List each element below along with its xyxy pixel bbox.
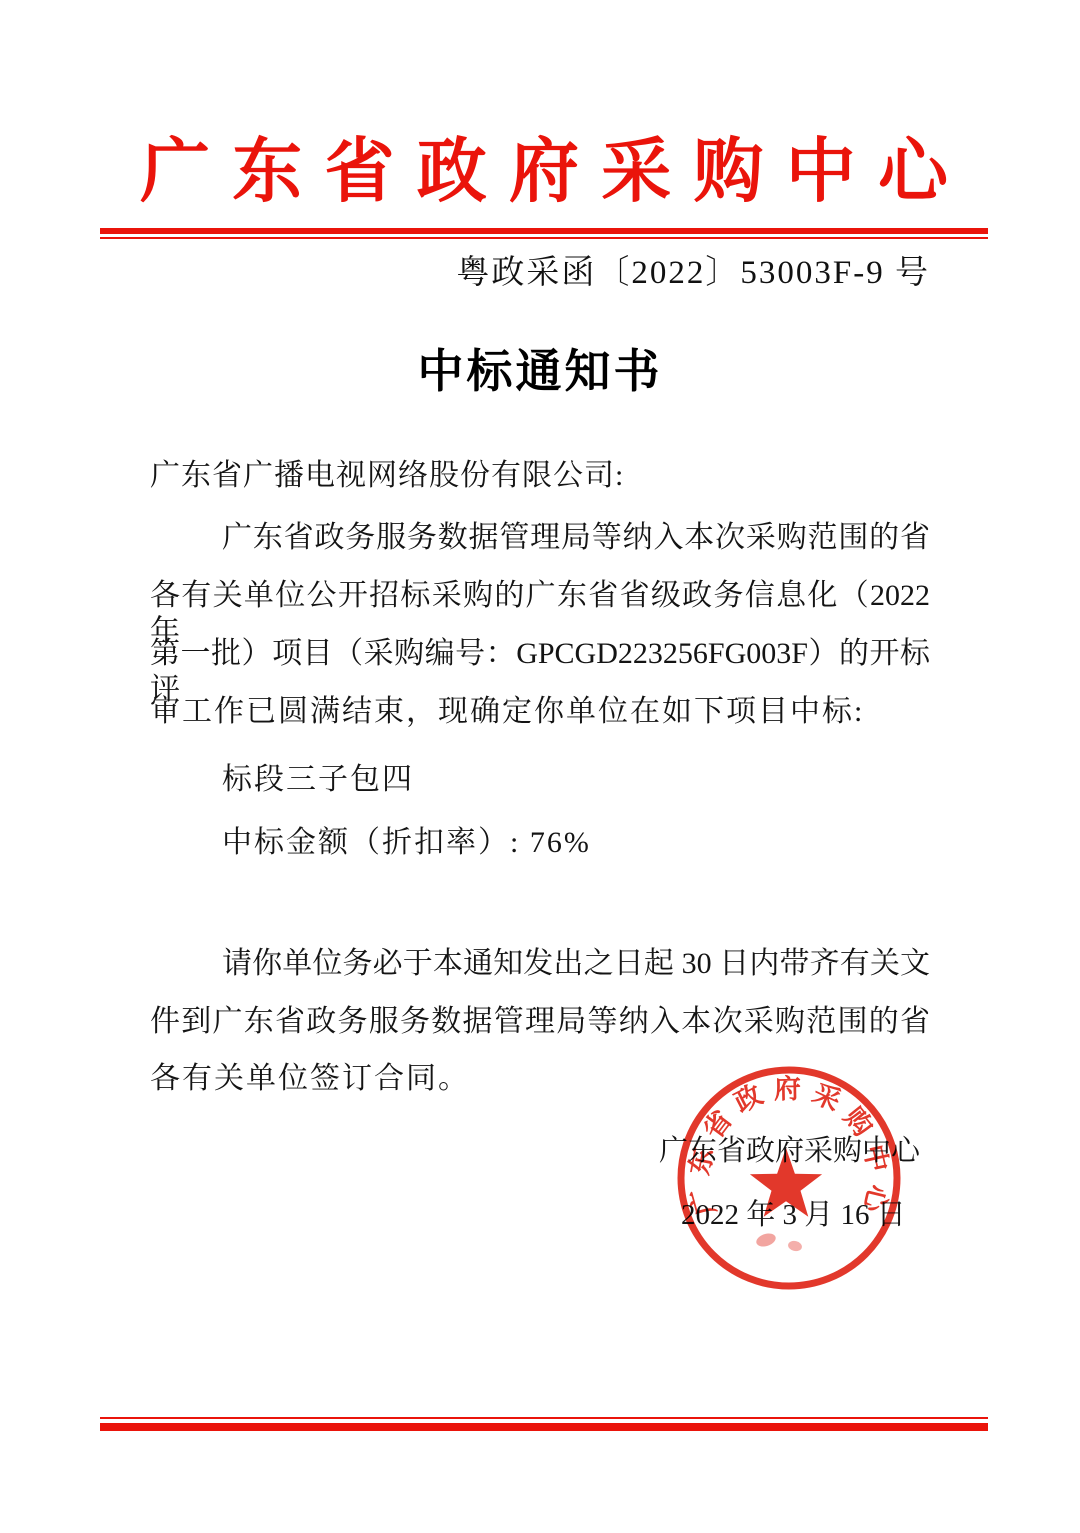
seal-ink-smudge — [755, 1231, 778, 1249]
header-divider-thin-line — [100, 237, 988, 239]
header-divider — [100, 228, 988, 239]
recipient-line: 广东省广播电视网络股份有限公司: — [150, 458, 930, 494]
footer-divider-thin-line — [100, 1417, 988, 1419]
letterhead-title: 广东省政府采购中心 — [140, 130, 948, 216]
document-page: 广东省政府采购中心 粤政采函〔2022〕53003F-9 号 中标通知书 广东省… — [0, 0, 1080, 1533]
paragraph1-line1: 广东省政务服务数据管理局等纳入本次采购范围的省 — [150, 520, 930, 556]
paragraph1-line4: 审工作已圆满结束，现确定你单位在如下项目中标: — [150, 694, 930, 730]
lot-line: 标段三子包四 — [150, 762, 930, 798]
seal-ink-smudge — [787, 1240, 803, 1253]
paragraph2-line2: 件到广东省政务服务数据管理局等纳入本次采购范围的省 — [150, 1004, 930, 1040]
official-seal-stamp: 广东省政府采购中心 — [669, 1058, 909, 1298]
paragraph2-line1: 请你单位务必于本通知发出之日起 30 日内带齐有关文 — [150, 946, 930, 982]
footer-divider-thick-line — [100, 1423, 988, 1431]
document-title: 中标通知书 — [0, 335, 1080, 401]
footer-divider — [100, 1417, 988, 1431]
document-reference-number: 粤政采函〔2022〕53003F-9 号 — [0, 246, 930, 293]
header-divider-thick-line — [100, 228, 988, 234]
seal-star-icon — [750, 1148, 822, 1217]
award-amount-line: 中标金额（折扣率）: 76% — [150, 825, 930, 861]
